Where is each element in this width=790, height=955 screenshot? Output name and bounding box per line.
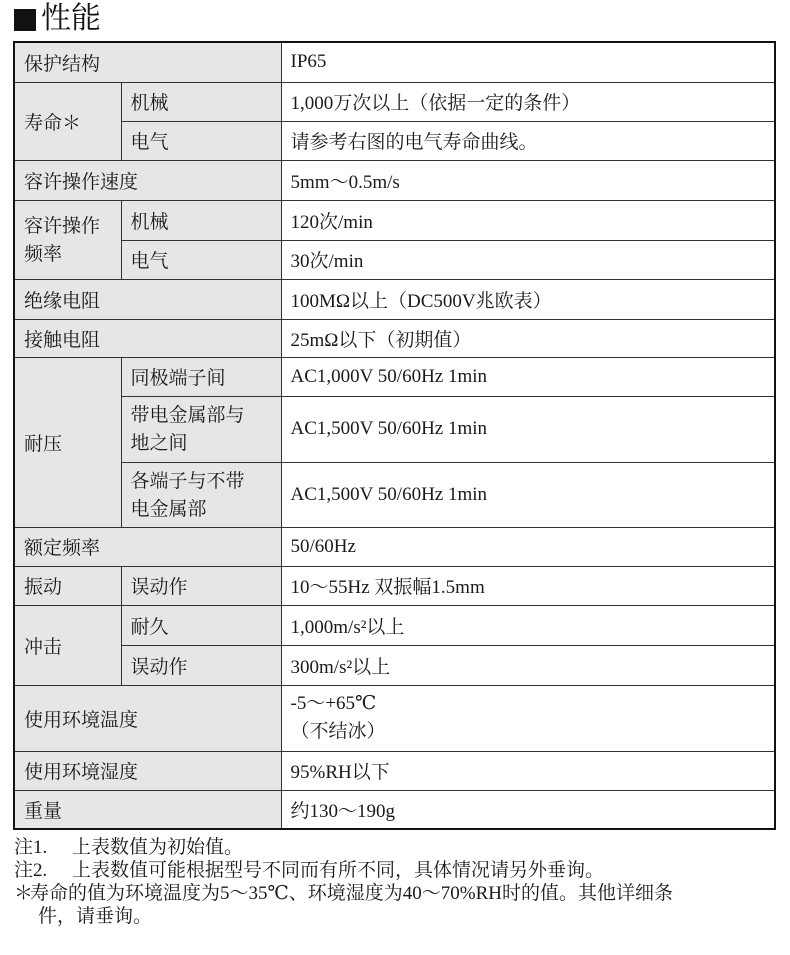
footnotes: 注1.上表数值为初始值。 注2.上表数值可能根据型号不同而有所不同，具体情况请另… bbox=[14, 836, 784, 928]
note-text: 上表数值可能根据型号不同而有所不同，具体情况请另外垂询。 bbox=[72, 860, 604, 881]
sub-label: 各端子与不带 电金属部 bbox=[121, 462, 281, 527]
sub-label: 误动作 bbox=[121, 645, 281, 685]
sub-label-line2: 地之间 bbox=[131, 429, 281, 457]
row-value: 5mm～0.5m/s bbox=[281, 160, 775, 200]
table-row: 耐压 同极端子间 AC1,000V 50/60Hz 1min bbox=[14, 357, 775, 396]
table-row: 冲击 耐久 1,000m/s²以上 bbox=[14, 605, 775, 645]
row-label: 耐压 bbox=[14, 357, 121, 527]
table-row: 带电金属部与 地之间 AC1,500V 50/60Hz 1min bbox=[14, 396, 775, 462]
row-value: IP65 bbox=[281, 42, 775, 82]
table-row: 容许操作 频率 机械 120次/min bbox=[14, 200, 775, 240]
table-row: 额定频率 50/60Hz bbox=[14, 527, 775, 566]
section-title: 性能 bbox=[14, 0, 101, 38]
row-value: AC1,500V 50/60Hz 1min bbox=[281, 462, 775, 527]
note-asterisk: ＊寿命的值为环境温度为5～35℃、环境湿度为40～70%RH时的值。其他详细条 bbox=[14, 882, 784, 905]
sub-label: 耐久 bbox=[121, 605, 281, 645]
row-value: 1,000m/s²以上 bbox=[281, 605, 775, 645]
row-label: 重量 bbox=[14, 790, 281, 829]
row-label: 使用环境湿度 bbox=[14, 751, 281, 790]
row-label: 额定频率 bbox=[14, 527, 281, 566]
section-title-text: 性能 bbox=[41, 0, 101, 38]
table-row: 重量 约130～190g bbox=[14, 790, 775, 829]
row-label: 保护结构 bbox=[14, 42, 281, 82]
row-label: 振动 bbox=[14, 566, 121, 605]
sub-label: 电气 bbox=[121, 121, 281, 160]
row-value: 100MΩ以上（DC500V兆欧表） bbox=[281, 279, 775, 319]
note-2: 注2.上表数值可能根据型号不同而有所不同，具体情况请另外垂询。 bbox=[14, 859, 784, 882]
row-label-line1: 容许操作 bbox=[24, 212, 121, 240]
performance-spec-table: 保护结构 IP65 寿命＊ 机械 1,000万次以上（依据一定的条件） 电气 请… bbox=[13, 41, 776, 830]
row-label: 冲击 bbox=[14, 605, 121, 685]
row-label: 寿命＊ bbox=[14, 82, 121, 160]
row-value: -5～+65℃ （不结冰） bbox=[281, 685, 775, 751]
row-value: 120次/min bbox=[281, 200, 775, 240]
row-label: 容许操作速度 bbox=[14, 160, 281, 200]
row-value: 30次/min bbox=[281, 240, 775, 279]
row-value: 50/60Hz bbox=[281, 527, 775, 566]
row-value: 请参考右图的电气寿命曲线。 bbox=[281, 121, 775, 160]
row-value: 1,000万次以上（依据一定的条件） bbox=[281, 82, 775, 121]
row-value-line1: -5～+65℃ bbox=[291, 690, 775, 718]
row-value: 95%RH以下 bbox=[281, 751, 775, 790]
sub-label-line1: 各端子与不带 bbox=[131, 467, 281, 495]
row-value: 25mΩ以下（初期值） bbox=[281, 319, 775, 357]
table-row: 误动作 300m/s²以上 bbox=[14, 645, 775, 685]
row-value: 约130～190g bbox=[281, 790, 775, 829]
table-row: 振动 误动作 10～55Hz 双振幅1.5mm bbox=[14, 566, 775, 605]
sub-label: 同极端子间 bbox=[121, 357, 281, 396]
table-row: 寿命＊ 机械 1,000万次以上（依据一定的条件） bbox=[14, 82, 775, 121]
sub-label: 误动作 bbox=[121, 566, 281, 605]
sub-label: 电气 bbox=[121, 240, 281, 279]
table-row: 保护结构 IP65 bbox=[14, 42, 775, 82]
row-value: 10～55Hz 双振幅1.5mm bbox=[281, 566, 775, 605]
sub-label: 机械 bbox=[121, 82, 281, 121]
note-asterisk-continuation: 件，请垂询。 bbox=[14, 905, 784, 928]
asterisk-icon: ＊ bbox=[14, 882, 30, 905]
sub-label-line2: 电金属部 bbox=[131, 495, 281, 523]
table-row: 接触电阻 25mΩ以下（初期值） bbox=[14, 319, 775, 357]
row-label: 容许操作 频率 bbox=[14, 200, 121, 279]
table-row: 电气 30次/min bbox=[14, 240, 775, 279]
row-value: AC1,500V 50/60Hz 1min bbox=[281, 396, 775, 462]
table-row: 使用环境温度 -5～+65℃ （不结冰） bbox=[14, 685, 775, 751]
table-row: 使用环境湿度 95%RH以下 bbox=[14, 751, 775, 790]
note-1: 注1.上表数值为初始值。 bbox=[14, 836, 784, 859]
row-value: AC1,000V 50/60Hz 1min bbox=[281, 357, 775, 396]
row-value: 300m/s²以上 bbox=[281, 645, 775, 685]
sub-label: 机械 bbox=[121, 200, 281, 240]
row-label: 接触电阻 bbox=[14, 319, 281, 357]
note-text: 寿命的值为环境温度为5～35℃、环境湿度为40～70%RH时的值。其他详细条 bbox=[30, 883, 673, 904]
table-row: 电气 请参考右图的电气寿命曲线。 bbox=[14, 121, 775, 160]
row-label: 绝缘电阻 bbox=[14, 279, 281, 319]
note-prefix: 注2. bbox=[14, 859, 72, 882]
row-label: 使用环境温度 bbox=[14, 685, 281, 751]
black-square-bullet-icon bbox=[14, 9, 36, 31]
table-row: 绝缘电阻 100MΩ以上（DC500V兆欧表） bbox=[14, 279, 775, 319]
note-prefix: 注1. bbox=[14, 836, 72, 859]
row-label-line2: 频率 bbox=[24, 240, 121, 268]
sub-label-line1: 带电金属部与 bbox=[131, 401, 281, 429]
table-row: 容许操作速度 5mm～0.5m/s bbox=[14, 160, 775, 200]
row-value-line2: （不结冰） bbox=[291, 718, 775, 746]
sub-label: 带电金属部与 地之间 bbox=[121, 396, 281, 462]
table-row: 各端子与不带 电金属部 AC1,500V 50/60Hz 1min bbox=[14, 462, 775, 527]
note-text: 上表数值为初始值。 bbox=[72, 837, 243, 858]
